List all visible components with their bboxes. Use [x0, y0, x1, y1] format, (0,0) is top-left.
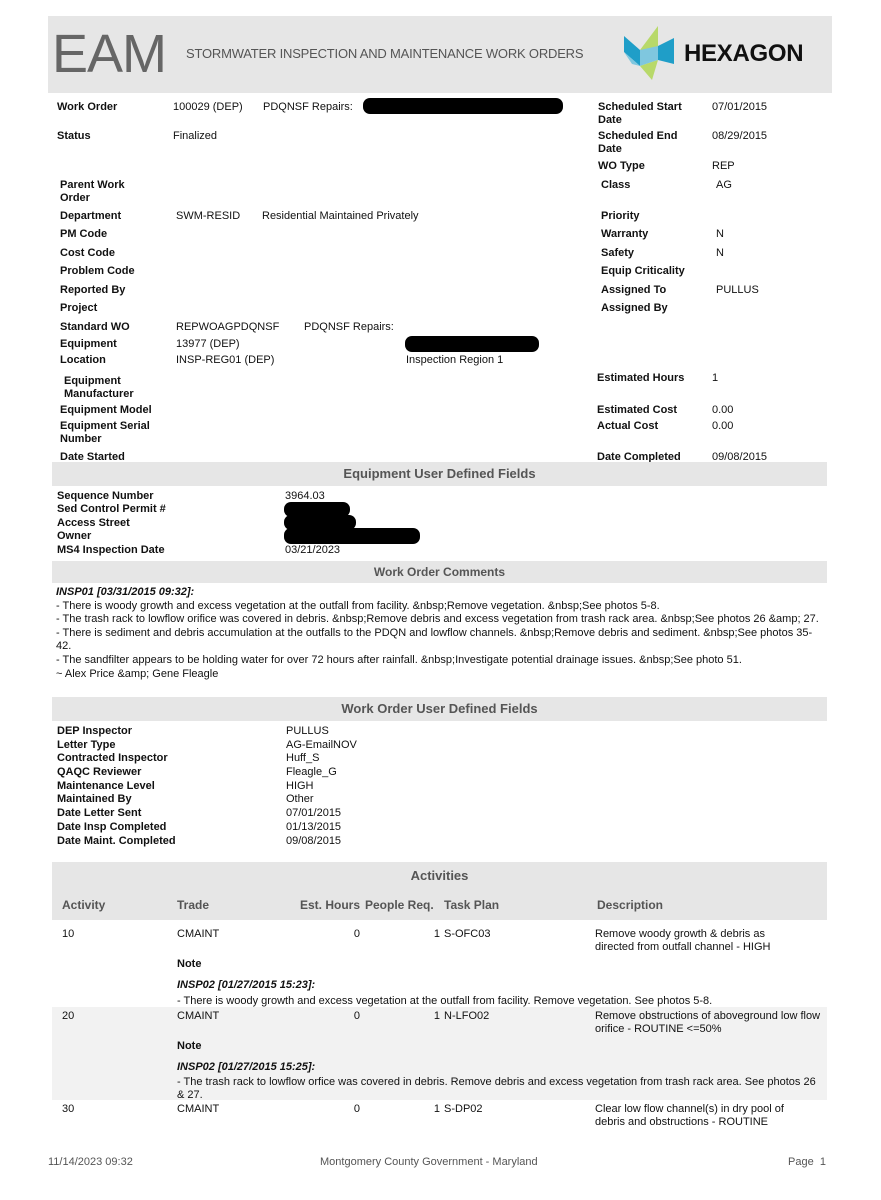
pm-code-label: PM Code: [60, 228, 107, 241]
scheduled-start-date-value: 07/01/2015: [712, 101, 767, 114]
page-label: Page: [788, 1156, 814, 1168]
activity-est-hours: 0: [340, 928, 360, 941]
note-label: Note: [177, 1040, 201, 1052]
date-letter-sent-label: Date Letter Sent: [57, 807, 141, 821]
activity-est-hours: 0: [340, 1103, 360, 1116]
wo-type-value: REP: [712, 160, 735, 173]
activity-description: Remove woody growth & debris as directed…: [595, 928, 795, 954]
safety-label: Safety: [601, 247, 634, 260]
dep-inspector-value: PULLUS: [286, 725, 329, 739]
assigned-by-label: Assigned By: [601, 302, 668, 315]
equipment-serial-number-label: Equipment Serial Number: [60, 420, 170, 446]
standard-wo-description: PDQNSF Repairs:: [304, 321, 394, 334]
work-order-label: Work Order: [57, 101, 117, 114]
status-value: Finalized: [173, 130, 217, 143]
scheduled-start-date-label: Scheduled Start Date: [598, 101, 698, 127]
note-text: - The trash rack to lowflow orfice was c…: [177, 1076, 817, 1102]
activity-people-req: 1: [420, 928, 440, 941]
activity-trade: CMAINT: [177, 1010, 219, 1023]
location-description: Inspection Region 1: [406, 354, 503, 367]
comment-signature: ~ Alex Price &amp; Gene Fleagle: [56, 668, 826, 682]
scheduled-end-date-value: 08/29/2015: [712, 130, 767, 143]
qaqc-reviewer-label: QAQC Reviewer: [57, 766, 141, 780]
activity-number: 10: [62, 928, 74, 941]
qaqc-reviewer-value: Fleagle_G: [286, 766, 337, 780]
date-insp-completed-value: 01/13/2015: [286, 821, 341, 835]
letter-type-value: AG-EmailNOV: [286, 739, 357, 753]
standard-wo-value: REPWOAGPDQNSF: [176, 321, 279, 334]
problem-code-label: Problem Code: [60, 265, 135, 278]
ms4-inspection-date-value: 03/21/2023: [285, 544, 340, 558]
date-maint-completed-label: Date Maint. Completed: [57, 835, 176, 849]
print-timestamp: 11/14/2023 09:32: [48, 1156, 133, 1168]
comment-line: - There is woody growth and excess veget…: [56, 600, 826, 614]
organization-name: Montgomery County Government - Maryland: [320, 1156, 538, 1168]
activity-est-hours: 0: [340, 1010, 360, 1023]
redacted-block: [405, 336, 539, 352]
comment-line: - The sandfilter appears to be holding w…: [56, 654, 826, 668]
work-order-comment: INSP01 [03/31/2015 09:32]: - There is wo…: [56, 586, 826, 681]
warranty-label: Warranty: [601, 228, 648, 241]
redacted-block: [284, 528, 420, 544]
class-value: AG: [716, 179, 732, 192]
standard-wo-label: Standard WO: [60, 321, 130, 334]
maintenance-level-value: HIGH: [286, 780, 314, 794]
column-description: Description: [597, 898, 663, 912]
actual-cost-value: 0.00: [712, 420, 733, 433]
priority-label: Priority: [601, 210, 640, 223]
contracted-inspector-value: Huff_S: [286, 752, 319, 766]
work-order-description: PDQNSF Repairs:: [263, 101, 353, 114]
column-task-plan: Task Plan: [444, 898, 499, 912]
activity-people-req: 1: [420, 1010, 440, 1023]
scheduled-end-date-label: Scheduled End Date: [598, 130, 698, 156]
column-trade: Trade: [177, 898, 209, 912]
location-label: Location: [60, 354, 106, 367]
equipment-label: Equipment: [60, 338, 117, 351]
access-street-label: Access Street: [57, 517, 130, 531]
sed-control-permit-label: Sed Control Permit #: [57, 503, 166, 517]
contracted-inspector-label: Contracted Inspector: [57, 752, 168, 766]
maintained-by-label: Maintained By: [57, 793, 132, 807]
activity-trade: CMAINT: [177, 1103, 219, 1116]
date-letter-sent-value: 07/01/2015: [286, 807, 341, 821]
equipment-model-label: Equipment Model: [60, 404, 152, 417]
date-maint-completed-value: 09/08/2015: [286, 835, 341, 849]
cost-code-label: Cost Code: [60, 247, 115, 260]
activity-trade: CMAINT: [177, 928, 219, 941]
letter-type-label: Letter Type: [57, 739, 115, 753]
estimated-hours-value: 1: [712, 372, 718, 385]
estimated-cost-value: 0.00: [712, 404, 733, 417]
activity-number: 30: [62, 1103, 74, 1116]
comment-line: - The trash rack to lowflow orifice was …: [56, 613, 826, 627]
project-label: Project: [60, 302, 97, 315]
activity-task-plan: S-OFC03: [444, 928, 490, 941]
activity-people-req: 1: [420, 1103, 440, 1116]
activity-task-plan: S-DP02: [444, 1103, 483, 1116]
equip-criticality-label: Equip Criticality: [601, 265, 685, 278]
section-equipment-udf: Equipment User Defined Fields: [52, 462, 827, 486]
comment-line: - There is sediment and debris accumulat…: [56, 627, 826, 654]
maintenance-level-label: Maintenance Level: [57, 780, 155, 794]
actual-cost-label: Actual Cost: [597, 420, 658, 433]
equipment-manufacturer-label: Equipment Manufacturer: [64, 375, 144, 401]
ms4-inspection-date-label: MS4 Inspection Date: [57, 544, 165, 558]
page-indicator: Page 1: [788, 1156, 826, 1168]
estimated-hours-label: Estimated Hours: [597, 372, 684, 385]
activity-task-plan: N-LFO02: [444, 1010, 489, 1023]
warranty-value: N: [716, 228, 724, 241]
reported-by-label: Reported By: [60, 284, 125, 297]
location-value: INSP-REG01 (DEP): [176, 354, 274, 367]
note-label: Note: [177, 958, 201, 970]
class-label: Class: [601, 179, 630, 192]
column-activity: Activity: [62, 898, 105, 912]
note-header: INSP02 [01/27/2015 15:25]:: [177, 1061, 315, 1073]
redacted-block: [363, 98, 563, 114]
date-insp-completed-label: Date Insp Completed: [57, 821, 166, 835]
activity-description: Clear low flow channel(s) in dry pool of…: [595, 1103, 810, 1129]
note-header: INSP02 [01/27/2015 15:23]:: [177, 979, 315, 991]
assigned-to-value: PULLUS: [716, 284, 759, 297]
hexagon-logo-icon: [620, 24, 676, 82]
column-people-req: People Req.: [365, 898, 434, 912]
column-est-hours: Est. Hours: [300, 898, 360, 912]
eam-logo: EAM: [52, 22, 166, 86]
owner-label: Owner: [57, 530, 91, 544]
wo-type-label: WO Type: [598, 160, 645, 173]
report-title: STORMWATER INSPECTION AND MAINTENANCE WO…: [186, 46, 583, 61]
dep-inspector-label: DEP Inspector: [57, 725, 132, 739]
section-activities: Activities: [52, 868, 827, 883]
comment-header: INSP01 [03/31/2015 09:32]:: [56, 586, 826, 600]
safety-value: N: [716, 247, 724, 260]
section-work-order-comments: Work Order Comments: [52, 561, 827, 583]
status-label: Status: [57, 130, 91, 143]
department-description: Residential Maintained Privately: [262, 210, 419, 223]
page-number: 1: [820, 1156, 826, 1168]
activity-number: 20: [62, 1010, 74, 1023]
department-value: SWM-RESID: [176, 210, 240, 223]
equipment-value: 13977 (DEP): [176, 338, 240, 351]
sequence-number-label: Sequence Number: [57, 490, 154, 504]
activity-description: Remove obstructions of aboveground low f…: [595, 1010, 825, 1036]
parent-work-order-label: Parent Work Order: [60, 179, 150, 205]
department-label: Department: [60, 210, 121, 223]
estimated-cost-label: Estimated Cost: [597, 404, 677, 417]
maintained-by-value: Other: [286, 793, 314, 807]
section-work-order-udf: Work Order User Defined Fields: [52, 697, 827, 721]
brand-name: HEXAGON: [684, 40, 803, 68]
assigned-to-label: Assigned To: [601, 284, 666, 297]
work-order-value: 100029 (DEP): [173, 101, 243, 114]
